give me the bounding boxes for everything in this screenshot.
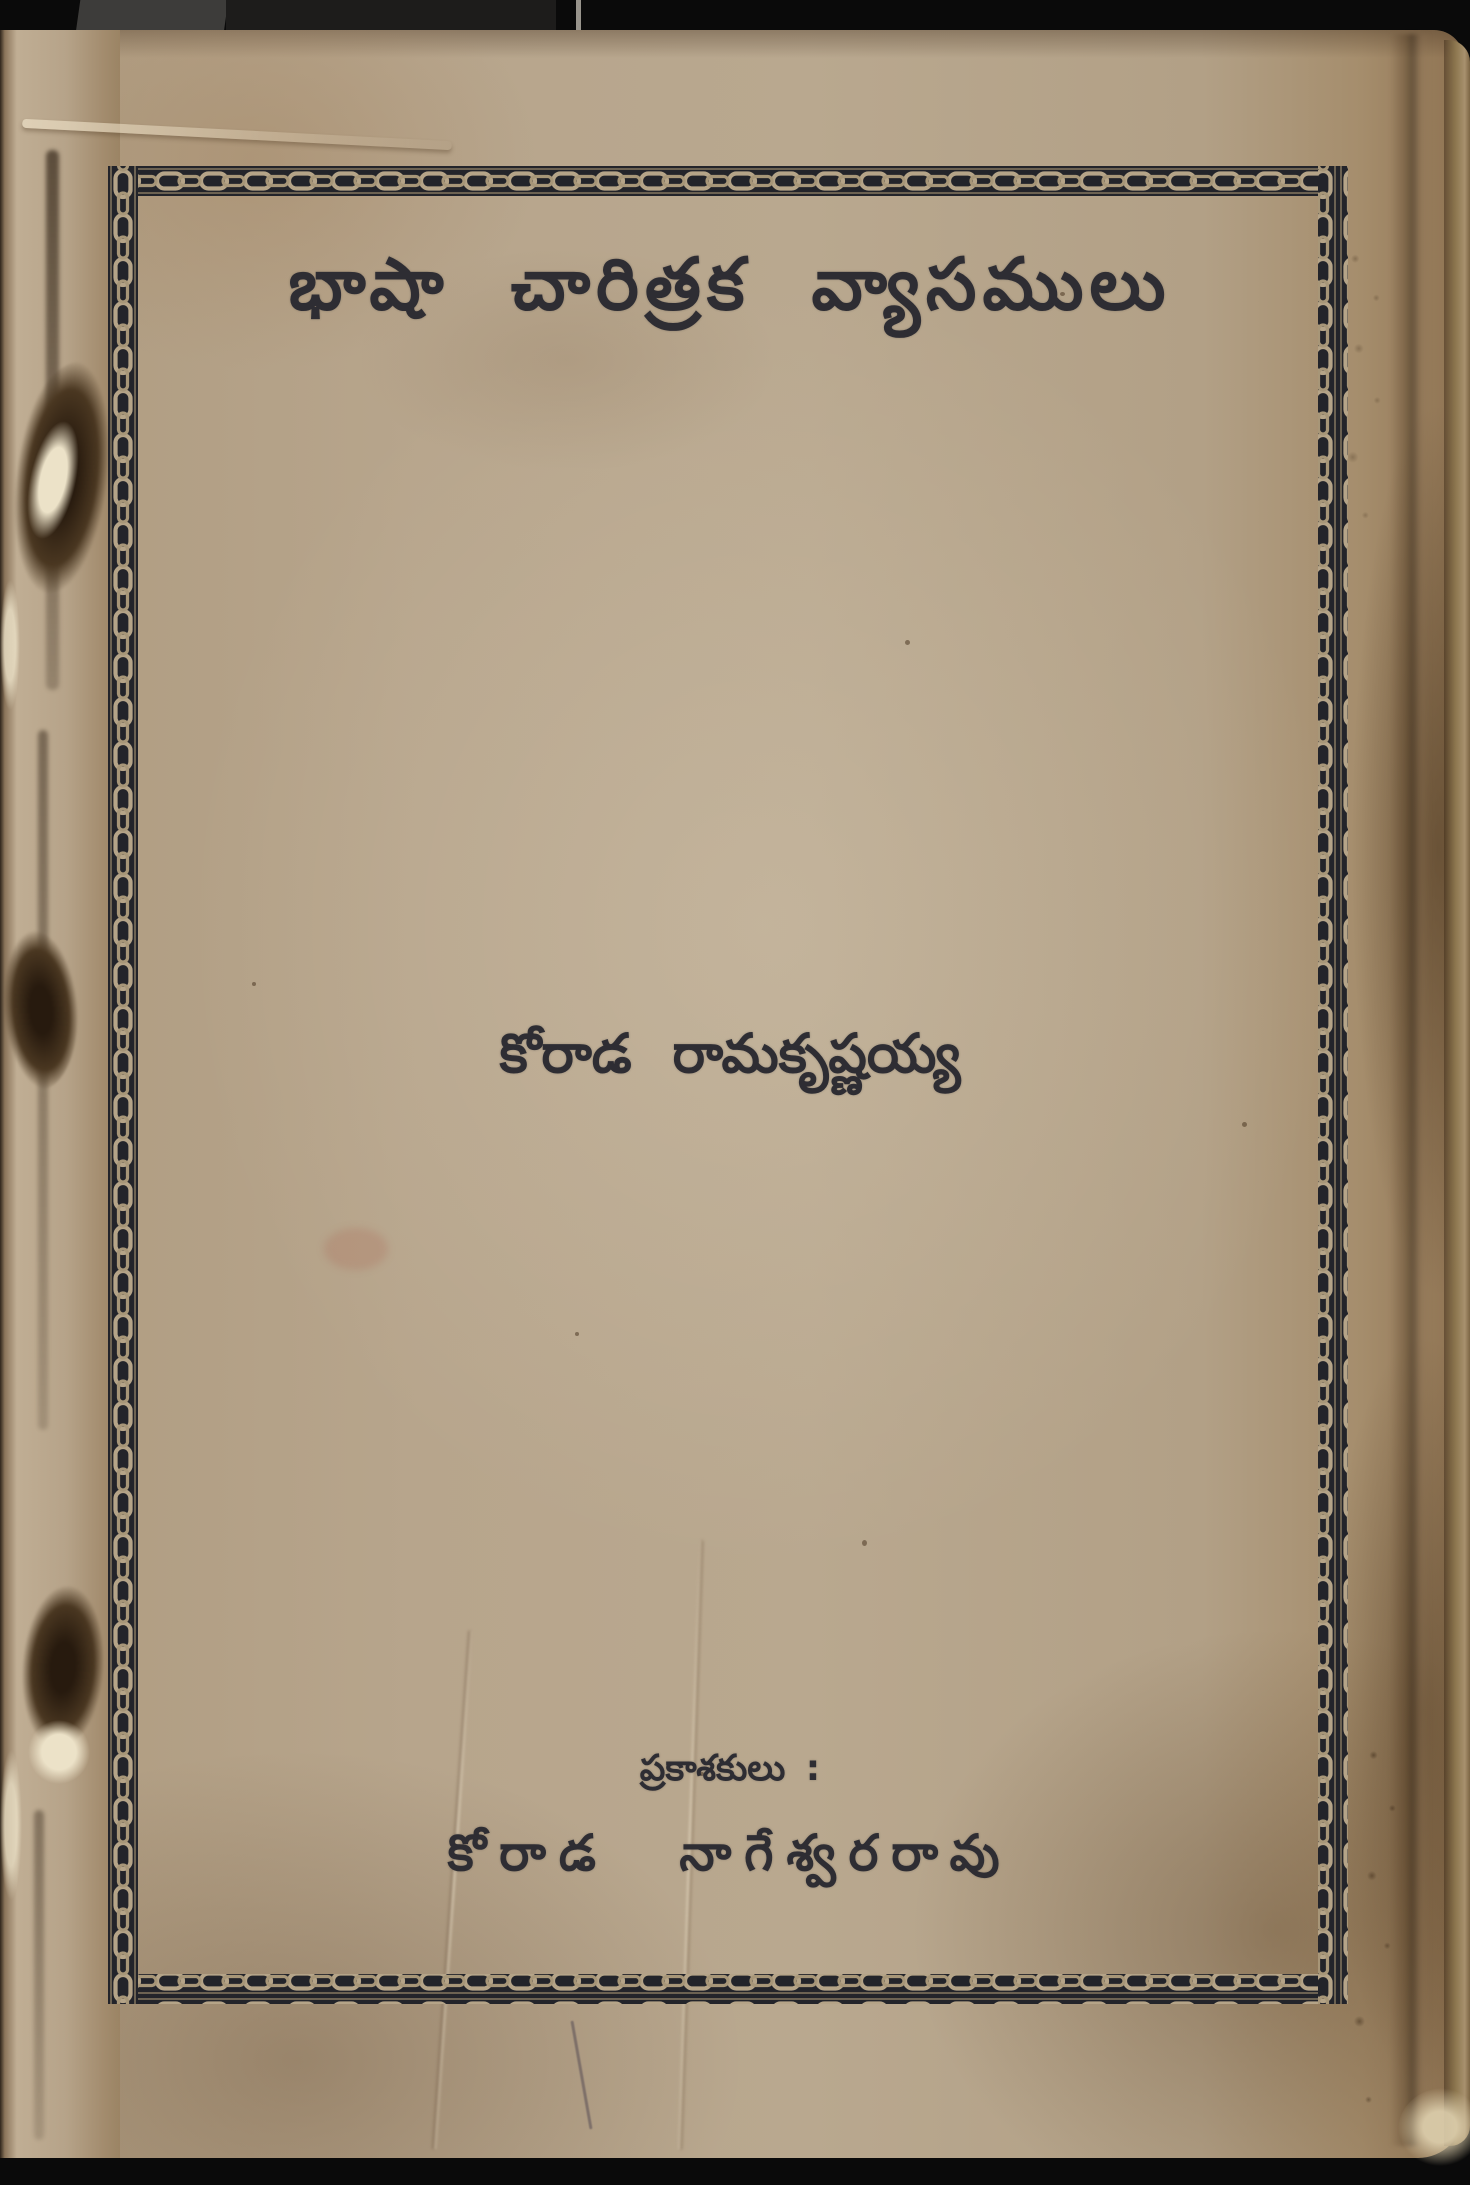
author-name: కోరాడ రామకృష్ణయ్య bbox=[110, 1022, 1350, 1099]
stained-page-edge bbox=[1444, 40, 1470, 2146]
scan-background-patch bbox=[226, 0, 556, 31]
scanned-book-cover: భాషా చారిత్రక వ్యాసములు కోరాడ రామకృష్ణయ్… bbox=[0, 0, 1470, 2185]
book-title: భాషా చారిత్రక వ్యాసములు bbox=[110, 242, 1350, 344]
publisher-label: ప్రకాశకులు : bbox=[110, 1748, 1350, 1798]
spine-crevice bbox=[34, 1810, 44, 2140]
scan-background-patch bbox=[76, 0, 229, 33]
chain-border-bottom bbox=[108, 1974, 1348, 2004]
exposed-paper-patch bbox=[0, 1750, 22, 1900]
exposed-paper-patch bbox=[0, 580, 20, 710]
publisher-name: కోరాడ నాగేశ్వరరావు bbox=[110, 1824, 1350, 1895]
chain-border-top bbox=[108, 166, 1348, 196]
